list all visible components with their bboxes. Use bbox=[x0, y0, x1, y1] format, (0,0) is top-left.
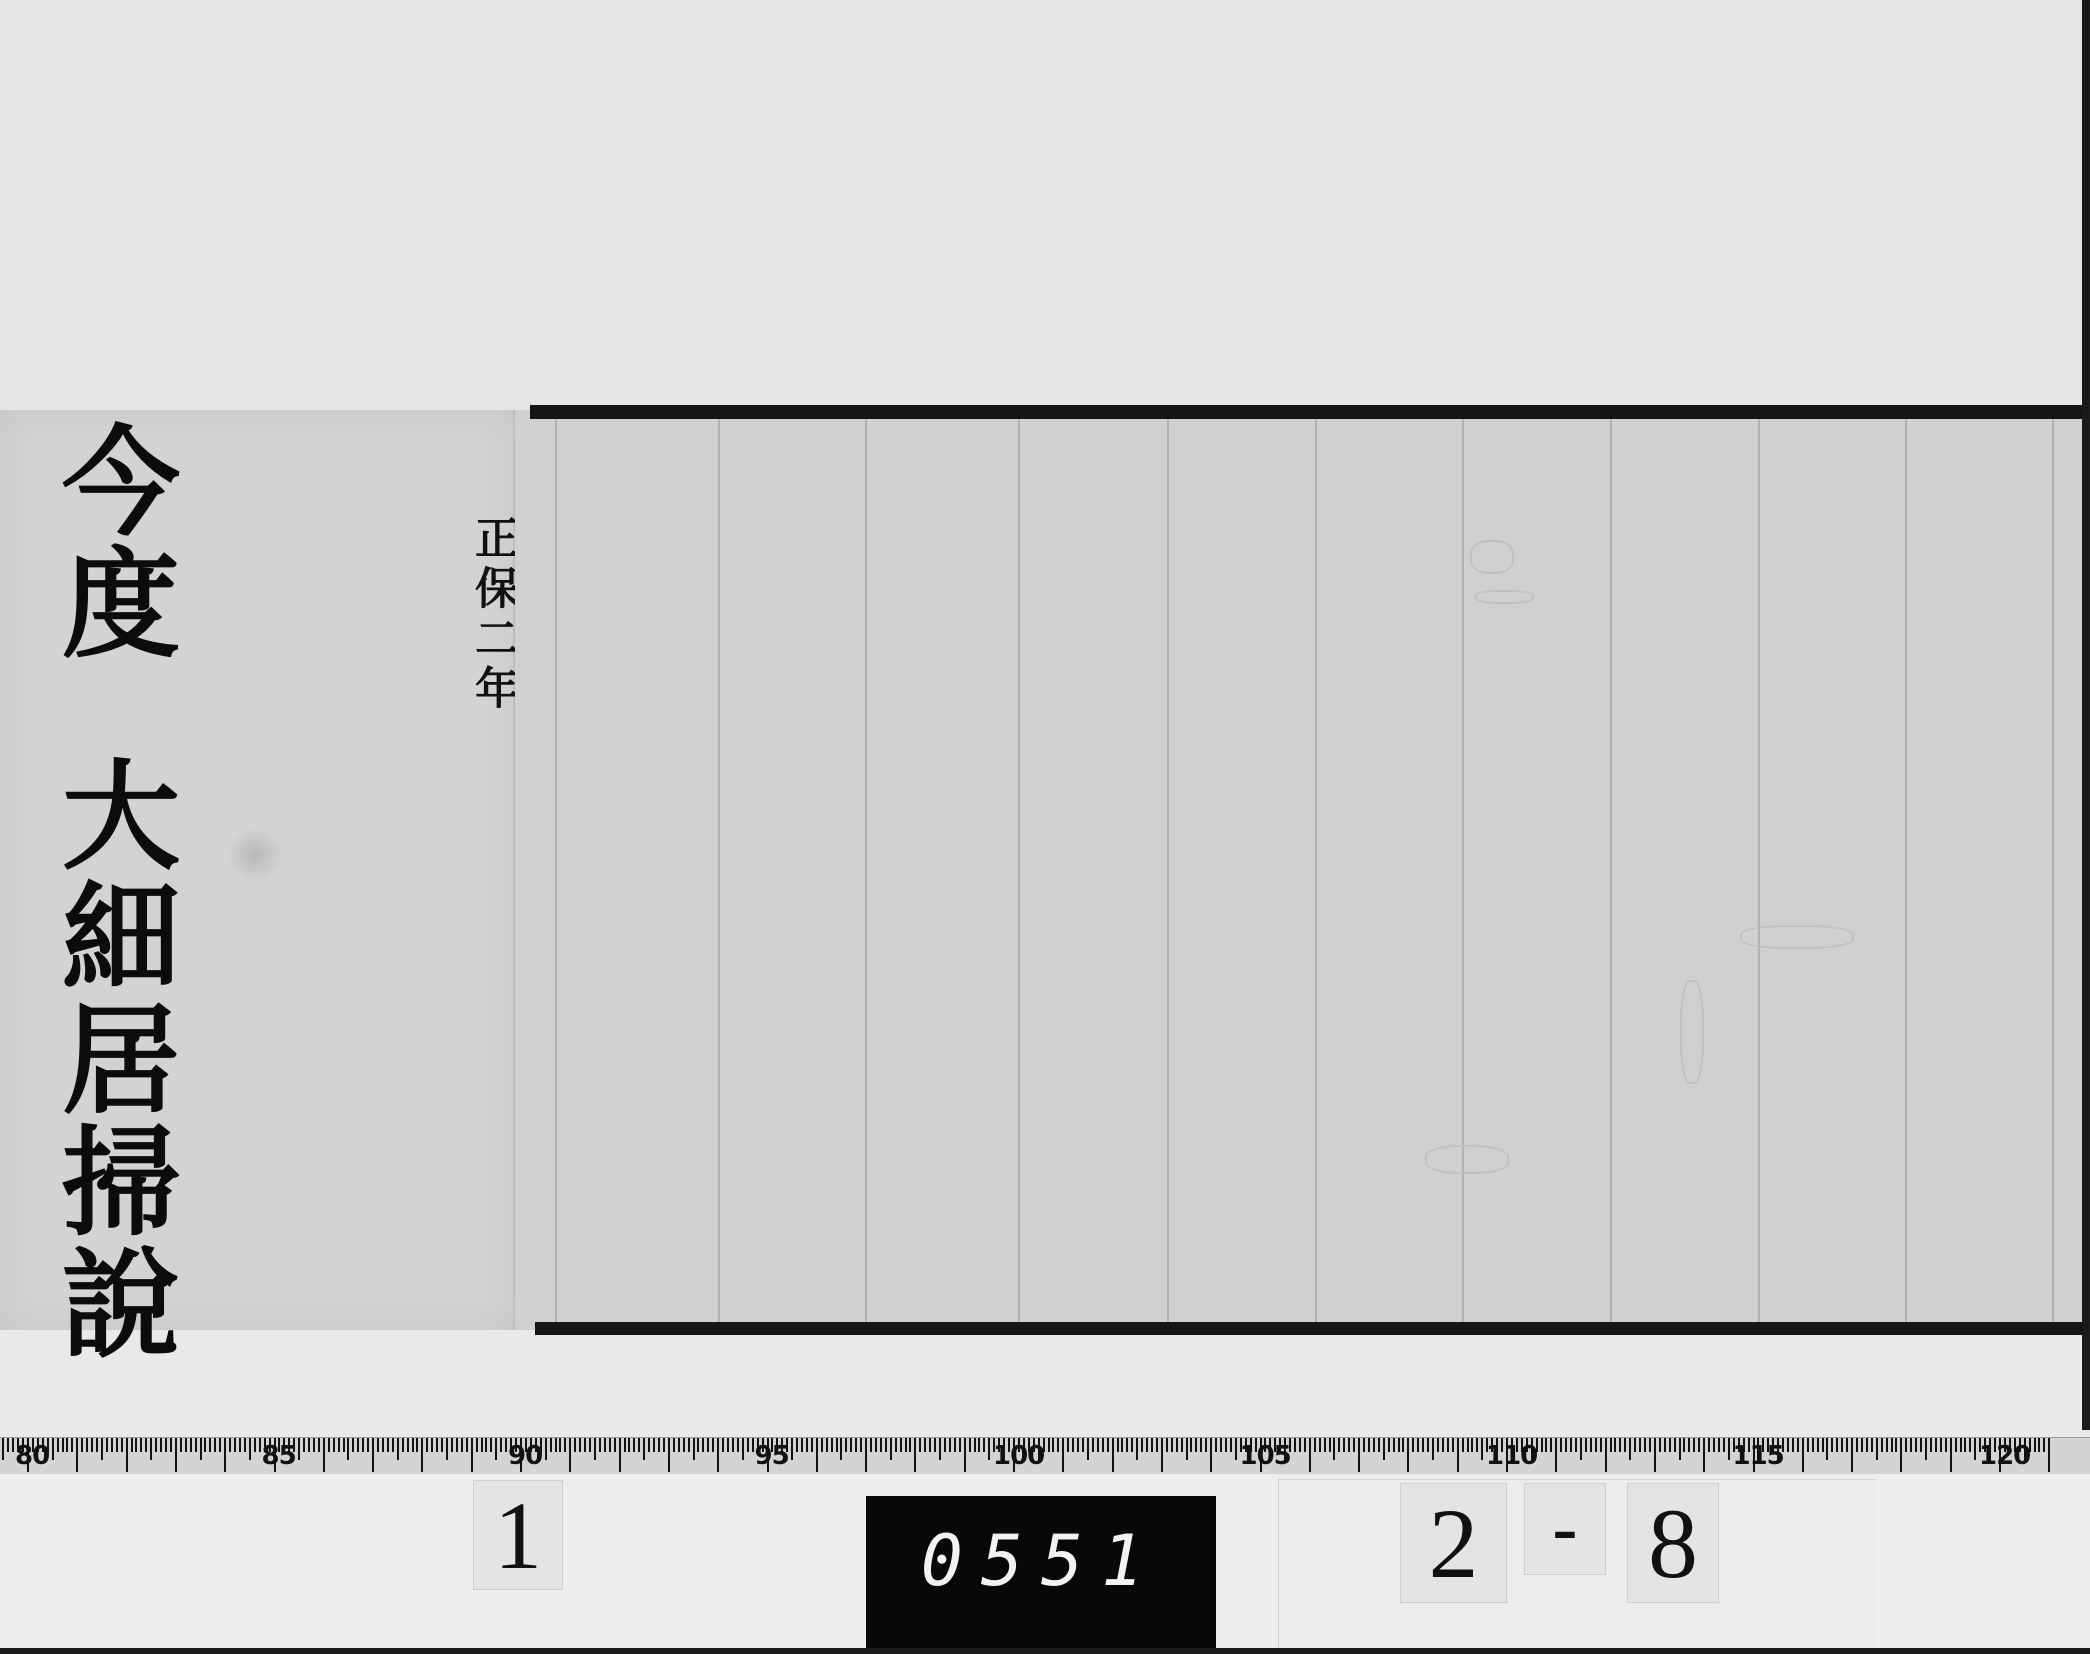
ruler-tick bbox=[559, 1438, 561, 1452]
ruler-tick bbox=[1925, 1438, 1927, 1460]
ruler-tick bbox=[1412, 1438, 1414, 1452]
ruler-tick bbox=[2038, 1438, 2040, 1452]
ruler-tick bbox=[727, 1438, 729, 1452]
ruler-tick bbox=[919, 1438, 921, 1452]
ruler-tick bbox=[1447, 1438, 1449, 1452]
ruler-tick bbox=[1452, 1438, 1454, 1452]
ruler-tick bbox=[1974, 1438, 1976, 1460]
ruler-tick bbox=[624, 1438, 626, 1452]
ruler-tick bbox=[111, 1438, 113, 1452]
ruler-tick bbox=[909, 1438, 911, 1452]
ruler-label: 80 bbox=[15, 1441, 49, 1471]
ruler-tick bbox=[638, 1438, 640, 1452]
ruler-tick bbox=[2, 1438, 4, 1460]
part-number-left-card: 2 bbox=[1400, 1483, 1507, 1603]
ruler-tick bbox=[717, 1438, 719, 1472]
ruler-tick bbox=[1131, 1438, 1133, 1452]
ruler-tick bbox=[1629, 1438, 1631, 1460]
ruler-tick bbox=[180, 1438, 182, 1452]
ruler-tick bbox=[707, 1438, 709, 1452]
ruler-tick bbox=[382, 1438, 384, 1452]
ruled-line bbox=[1018, 418, 1020, 1322]
sheet-border-bottom bbox=[535, 1322, 2090, 1335]
ruler-tick bbox=[693, 1438, 695, 1460]
ruler-tick bbox=[688, 1438, 690, 1452]
ruler-tick bbox=[7, 1438, 9, 1452]
ruler-tick bbox=[1358, 1438, 1360, 1472]
ruler-tick bbox=[1713, 1438, 1715, 1452]
ruler-tick bbox=[1338, 1438, 1340, 1452]
ruler-tick bbox=[1092, 1438, 1094, 1452]
ruler-tick bbox=[481, 1438, 483, 1452]
ruler-tick bbox=[604, 1438, 606, 1452]
ruler-tick bbox=[1082, 1438, 1084, 1452]
ruler-tick bbox=[1210, 1438, 1212, 1472]
ruler-tick bbox=[816, 1438, 818, 1472]
ruler-tick bbox=[1190, 1438, 1192, 1452]
ruler-tick bbox=[431, 1438, 433, 1452]
calligraphy-line-2: 大細 bbox=[42, 754, 181, 998]
ruler-label: 95 bbox=[755, 1441, 789, 1471]
ruler-tick bbox=[239, 1438, 241, 1452]
ruler-label: 110 bbox=[1486, 1441, 1537, 1471]
ruler-tick bbox=[826, 1438, 828, 1452]
ruler-tick bbox=[451, 1438, 453, 1452]
ruler-tick bbox=[62, 1438, 64, 1452]
ruler-tick bbox=[905, 1438, 907, 1452]
ruler-tick bbox=[1195, 1438, 1197, 1452]
ruler-tick bbox=[1476, 1438, 1478, 1452]
ruler-tick bbox=[106, 1438, 108, 1452]
ruler-tick bbox=[466, 1438, 468, 1452]
ruler-tick bbox=[1235, 1438, 1237, 1460]
ruler-tick bbox=[155, 1438, 157, 1452]
ruler-tick bbox=[1062, 1438, 1064, 1472]
ruler-tick bbox=[924, 1438, 926, 1452]
ruler-tick bbox=[1186, 1438, 1188, 1460]
ruler-tick bbox=[333, 1438, 335, 1452]
ruler-tick bbox=[944, 1438, 946, 1452]
ruler-tick bbox=[1649, 1438, 1651, 1452]
ruler-tick bbox=[150, 1438, 152, 1460]
ruler-tick bbox=[313, 1438, 315, 1452]
ruler-tick bbox=[57, 1438, 59, 1452]
ruler-tick bbox=[66, 1438, 68, 1452]
ruler-tick bbox=[1822, 1438, 1824, 1452]
ruler-tick bbox=[91, 1438, 93, 1452]
ruler-tick bbox=[165, 1438, 167, 1452]
ruler-tick bbox=[1309, 1438, 1311, 1472]
ruler-tick bbox=[1348, 1438, 1350, 1452]
film-bottom-edge bbox=[0, 1648, 2090, 1654]
ruler-tick bbox=[831, 1438, 833, 1452]
ruler-tick bbox=[1639, 1438, 1641, 1452]
ruler-tick bbox=[969, 1438, 971, 1452]
ruler-tick bbox=[801, 1438, 803, 1452]
ruler-tick bbox=[209, 1438, 211, 1452]
ruled-line bbox=[1758, 418, 1760, 1322]
ruler-tick bbox=[116, 1438, 118, 1452]
ruler-tick bbox=[1383, 1438, 1385, 1460]
ruler-tick bbox=[1432, 1438, 1434, 1460]
ruler-tick bbox=[185, 1438, 187, 1452]
paper-damage-mark bbox=[1425, 1145, 1509, 1174]
ruler-tick bbox=[456, 1438, 458, 1452]
ruler-tick bbox=[214, 1438, 216, 1452]
ruler-tick bbox=[347, 1438, 349, 1460]
ruler-tick bbox=[885, 1438, 887, 1452]
document-right-ruled-sheet bbox=[515, 410, 2082, 1330]
frame-counter-value: 0551 bbox=[866, 1520, 1216, 1602]
ruler-tick bbox=[1644, 1438, 1646, 1452]
ruler-tick bbox=[372, 1438, 374, 1472]
ruler-tick bbox=[1333, 1438, 1335, 1460]
ruler-tick bbox=[870, 1438, 872, 1452]
ruler-tick bbox=[1565, 1438, 1567, 1452]
ruler-tick bbox=[1471, 1438, 1473, 1452]
ruler-tick bbox=[574, 1438, 576, 1452]
ruler-tick bbox=[1102, 1438, 1104, 1452]
ruler-tick bbox=[702, 1438, 704, 1452]
ruler-tick bbox=[1112, 1438, 1114, 1472]
ruler-tick bbox=[96, 1438, 98, 1452]
ruler-tick bbox=[476, 1438, 478, 1452]
ruler-tick bbox=[160, 1438, 162, 1452]
ruler-tick bbox=[1708, 1438, 1710, 1452]
ruler-tick bbox=[959, 1438, 961, 1452]
ruler-tick bbox=[668, 1438, 670, 1472]
ruler-tick bbox=[1787, 1438, 1789, 1452]
ruler-tick bbox=[1373, 1438, 1375, 1452]
ruler-tick bbox=[569, 1438, 571, 1472]
ruler-tick bbox=[614, 1438, 616, 1452]
ruler-tick bbox=[1057, 1438, 1059, 1452]
ruler-tick bbox=[1570, 1438, 1572, 1452]
ruler-tick bbox=[505, 1438, 507, 1452]
ruler-tick bbox=[1614, 1438, 1616, 1452]
era-date-text: 正保二年 bbox=[470, 515, 514, 715]
ruler-tick bbox=[1077, 1438, 1079, 1452]
ruler-tick bbox=[1624, 1438, 1626, 1452]
ruler-tick bbox=[126, 1438, 128, 1472]
ruler-tick bbox=[204, 1438, 206, 1452]
ruler-tick bbox=[2034, 1438, 2036, 1452]
ruled-line bbox=[865, 418, 867, 1322]
ruler-tick bbox=[697, 1438, 699, 1452]
ruler-tick bbox=[1955, 1438, 1957, 1452]
ruler-tick bbox=[1067, 1438, 1069, 1452]
ruler-tick bbox=[949, 1438, 951, 1452]
ruler-tick bbox=[1585, 1438, 1587, 1452]
ruler-tick bbox=[752, 1438, 754, 1452]
ruler-tick bbox=[1304, 1438, 1306, 1452]
ruler-tick bbox=[1905, 1438, 1907, 1452]
ruler-tick bbox=[224, 1438, 226, 1472]
ruler-tick bbox=[1654, 1438, 1656, 1472]
ruler-tick bbox=[328, 1438, 330, 1452]
ruler-tick bbox=[1230, 1438, 1232, 1452]
paper-stain bbox=[225, 830, 285, 880]
roll-number-card: 1 bbox=[473, 1480, 563, 1590]
ruler-tick bbox=[1166, 1438, 1168, 1452]
ruler-label: 105 bbox=[1240, 1441, 1291, 1471]
ruler-tick bbox=[397, 1438, 399, 1460]
ruler-tick bbox=[1881, 1438, 1883, 1452]
ruler-tick bbox=[1176, 1438, 1178, 1452]
ruler-tick bbox=[1841, 1438, 1843, 1452]
ruler-tick bbox=[1688, 1438, 1690, 1452]
ruler-tick bbox=[1457, 1438, 1459, 1472]
ruler-tick bbox=[1151, 1438, 1153, 1452]
ruler-tick bbox=[1555, 1438, 1557, 1472]
ruler-tick bbox=[594, 1438, 596, 1460]
ruler-tick bbox=[875, 1438, 877, 1452]
ruler-tick bbox=[1683, 1438, 1685, 1452]
ruler-tick bbox=[1831, 1438, 1833, 1452]
ruler-tick bbox=[1960, 1438, 1962, 1452]
ruler-tick bbox=[1693, 1438, 1695, 1452]
ruler-tick bbox=[323, 1438, 325, 1472]
ruler-tick bbox=[1634, 1438, 1636, 1452]
ruler-tick bbox=[219, 1438, 221, 1452]
film-right-edge bbox=[2082, 0, 2090, 1430]
ruler-tick bbox=[1299, 1438, 1301, 1452]
ruler-tick bbox=[1126, 1438, 1128, 1452]
ruler-tick bbox=[1940, 1438, 1942, 1452]
ruler-tick bbox=[1545, 1438, 1547, 1452]
ruler-tick bbox=[1964, 1438, 1966, 1452]
frame-counter-display: 0551 bbox=[866, 1496, 1216, 1654]
ruler-tick bbox=[890, 1438, 892, 1460]
ruler-tick bbox=[1664, 1438, 1666, 1452]
ruler-tick bbox=[722, 1438, 724, 1452]
ruler-tick bbox=[377, 1438, 379, 1452]
ruler-tick bbox=[564, 1438, 566, 1452]
ruler-tick bbox=[471, 1438, 473, 1472]
ruler-tick bbox=[737, 1438, 739, 1452]
ruled-line bbox=[718, 418, 720, 1322]
ruler-tick bbox=[461, 1438, 463, 1452]
ruler-tick bbox=[1797, 1438, 1799, 1452]
ruler-tick bbox=[1718, 1438, 1720, 1452]
ruler-tick bbox=[407, 1438, 409, 1452]
ruler-tick bbox=[200, 1438, 202, 1460]
ruler-tick bbox=[1481, 1438, 1483, 1460]
ruler-tick bbox=[619, 1438, 621, 1472]
ruler-tick bbox=[939, 1438, 941, 1460]
ruler-tick bbox=[1467, 1438, 1469, 1452]
ruler-tick bbox=[840, 1438, 842, 1460]
ruler-tick bbox=[1329, 1438, 1331, 1452]
ruler-tick bbox=[929, 1438, 931, 1452]
ruler-tick bbox=[983, 1438, 985, 1452]
ruler-tick bbox=[865, 1438, 867, 1472]
ruler-tick bbox=[71, 1438, 73, 1452]
ruler-tick bbox=[1220, 1438, 1222, 1452]
ruler-label: 85 bbox=[262, 1441, 296, 1471]
ruler-tick bbox=[555, 1438, 557, 1452]
ruler-tick bbox=[259, 1438, 261, 1452]
ruler-tick bbox=[1610, 1438, 1612, 1452]
ruler-tick bbox=[628, 1438, 630, 1452]
ruler-tick bbox=[1107, 1438, 1109, 1452]
ruler-tick bbox=[402, 1438, 404, 1452]
ruler-tick bbox=[412, 1438, 414, 1452]
ruler-tick bbox=[1871, 1438, 1873, 1452]
ruler-tick bbox=[663, 1438, 665, 1452]
ruler-tick bbox=[964, 1438, 966, 1472]
ruler-tick bbox=[978, 1438, 980, 1452]
ruler-tick bbox=[934, 1438, 936, 1452]
ruler-tick bbox=[579, 1438, 581, 1452]
ruler-tick bbox=[1314, 1438, 1316, 1452]
ruler-tick bbox=[1580, 1438, 1582, 1460]
ruler-tick bbox=[1915, 1438, 1917, 1452]
ruler-tick bbox=[1679, 1438, 1681, 1460]
ruler-tick bbox=[1910, 1438, 1912, 1452]
ruler-tick bbox=[1121, 1438, 1123, 1452]
ruler-tick bbox=[1886, 1438, 1888, 1452]
ruler-tick bbox=[1703, 1438, 1705, 1472]
ruler-tick bbox=[338, 1438, 340, 1452]
ruler-tick bbox=[1368, 1438, 1370, 1452]
ruler-tick bbox=[1378, 1438, 1380, 1452]
ruler-tick bbox=[76, 1438, 78, 1472]
ruler-tick bbox=[1181, 1438, 1183, 1452]
ruler-tick bbox=[387, 1438, 389, 1452]
ruler-tick bbox=[1876, 1438, 1878, 1460]
ruler-tick bbox=[357, 1438, 359, 1452]
ruler-tick bbox=[1398, 1438, 1400, 1452]
sheet-border-top bbox=[530, 405, 2090, 419]
ruler-tick bbox=[495, 1438, 497, 1460]
ruler-tick bbox=[678, 1438, 680, 1452]
calligraphy-line-3: 居掃說 bbox=[42, 998, 181, 1364]
ruler-tick bbox=[318, 1438, 320, 1452]
ruler-tick bbox=[1600, 1438, 1602, 1452]
ruler-tick bbox=[485, 1438, 487, 1452]
ruler-tick bbox=[175, 1438, 177, 1472]
ruler-tick bbox=[1393, 1438, 1395, 1452]
ruler-tick bbox=[732, 1438, 734, 1452]
ruler-tick bbox=[249, 1438, 251, 1460]
ruler-tick bbox=[1969, 1438, 1971, 1452]
ruler-tick bbox=[490, 1438, 492, 1452]
ruler-tick bbox=[1225, 1438, 1227, 1452]
ruler-tick bbox=[860, 1438, 862, 1452]
ruler-tick bbox=[845, 1438, 847, 1452]
ruler-tick bbox=[1200, 1438, 1202, 1452]
ruler-tick bbox=[131, 1438, 133, 1452]
ruler-tick bbox=[2048, 1438, 2050, 1472]
ruler-tick bbox=[101, 1438, 103, 1460]
part-separator-card: - bbox=[1524, 1483, 1606, 1575]
ruler-tick bbox=[1935, 1438, 1937, 1452]
ruler-tick bbox=[367, 1438, 369, 1452]
part-number-right-card: 8 bbox=[1627, 1483, 1719, 1603]
ruler-tick bbox=[747, 1438, 749, 1452]
ruler-tick bbox=[811, 1438, 813, 1452]
ruled-line bbox=[1315, 418, 1317, 1322]
ruler-tick bbox=[1442, 1438, 1444, 1452]
ruler-tick bbox=[1900, 1438, 1902, 1472]
ruler-tick bbox=[1171, 1438, 1173, 1452]
ruler-label: 115 bbox=[1733, 1441, 1784, 1471]
ruler-tick bbox=[1807, 1438, 1809, 1452]
ruler-tick bbox=[1407, 1438, 1409, 1472]
ruler-tick bbox=[806, 1438, 808, 1452]
ruler-tick bbox=[229, 1438, 231, 1452]
ruler-tick bbox=[392, 1438, 394, 1452]
ruler-tick bbox=[436, 1438, 438, 1452]
ruler-tick bbox=[648, 1438, 650, 1452]
ruler-tick bbox=[1674, 1438, 1676, 1452]
paper-damage-mark bbox=[1470, 540, 1514, 574]
ruler-tick bbox=[1161, 1438, 1163, 1472]
ruler-tick bbox=[1550, 1438, 1552, 1452]
ruler-tick bbox=[190, 1438, 192, 1452]
ruler-tick bbox=[1541, 1438, 1543, 1452]
ruler-tick bbox=[1950, 1438, 1952, 1472]
ruler-tick bbox=[244, 1438, 246, 1452]
ruler-tick bbox=[821, 1438, 823, 1452]
ruler-tick bbox=[1575, 1438, 1577, 1452]
measurement-ruler: 80859095100105110115120 bbox=[0, 1437, 2090, 1475]
ruler-label: 120 bbox=[1979, 1441, 2030, 1471]
ruled-line bbox=[1610, 418, 1612, 1322]
ruler-tick bbox=[303, 1438, 305, 1452]
ruler-tick bbox=[1052, 1438, 1054, 1452]
ruler-tick bbox=[1595, 1438, 1597, 1452]
ruler-tick bbox=[1117, 1438, 1119, 1452]
ruler-tick bbox=[1097, 1438, 1099, 1452]
ruler-tick bbox=[1215, 1438, 1217, 1452]
ruled-line bbox=[1905, 418, 1907, 1322]
ruler-tick bbox=[609, 1438, 611, 1452]
ruler-tick bbox=[298, 1438, 300, 1460]
ruler-tick bbox=[658, 1438, 660, 1452]
ruler-tick bbox=[850, 1438, 852, 1452]
ruler-tick bbox=[1146, 1438, 1148, 1452]
ruler-tick bbox=[145, 1438, 147, 1452]
ruler-tick bbox=[974, 1438, 976, 1452]
ruler-tick bbox=[1437, 1438, 1439, 1452]
ruler-tick bbox=[683, 1438, 685, 1452]
ruler-tick bbox=[343, 1438, 345, 1452]
ruler-tick bbox=[1605, 1438, 1607, 1472]
ruler-tick bbox=[653, 1438, 655, 1452]
ruled-line bbox=[555, 418, 557, 1322]
ruler-tick bbox=[1590, 1438, 1592, 1452]
ruler-tick bbox=[1728, 1438, 1730, 1460]
ruler-tick bbox=[1353, 1438, 1355, 1452]
ruler-tick bbox=[1363, 1438, 1365, 1452]
ruler-tick bbox=[550, 1438, 552, 1452]
ruler-tick bbox=[1417, 1438, 1419, 1452]
ruler-tick bbox=[170, 1438, 172, 1452]
ruler-tick bbox=[742, 1438, 744, 1460]
ruler-tick bbox=[855, 1438, 857, 1452]
ruler-tick bbox=[1802, 1438, 1804, 1472]
ruler-tick bbox=[140, 1438, 142, 1452]
ruler-tick bbox=[796, 1438, 798, 1452]
ruler-tick bbox=[1324, 1438, 1326, 1452]
calligraphy-main-text: 今度大細居掃說 bbox=[0, 420, 170, 1364]
ruler-tick bbox=[584, 1438, 586, 1452]
ruler-tick bbox=[791, 1438, 793, 1460]
ruler-tick bbox=[712, 1438, 714, 1452]
ruler-tick bbox=[12, 1438, 14, 1452]
